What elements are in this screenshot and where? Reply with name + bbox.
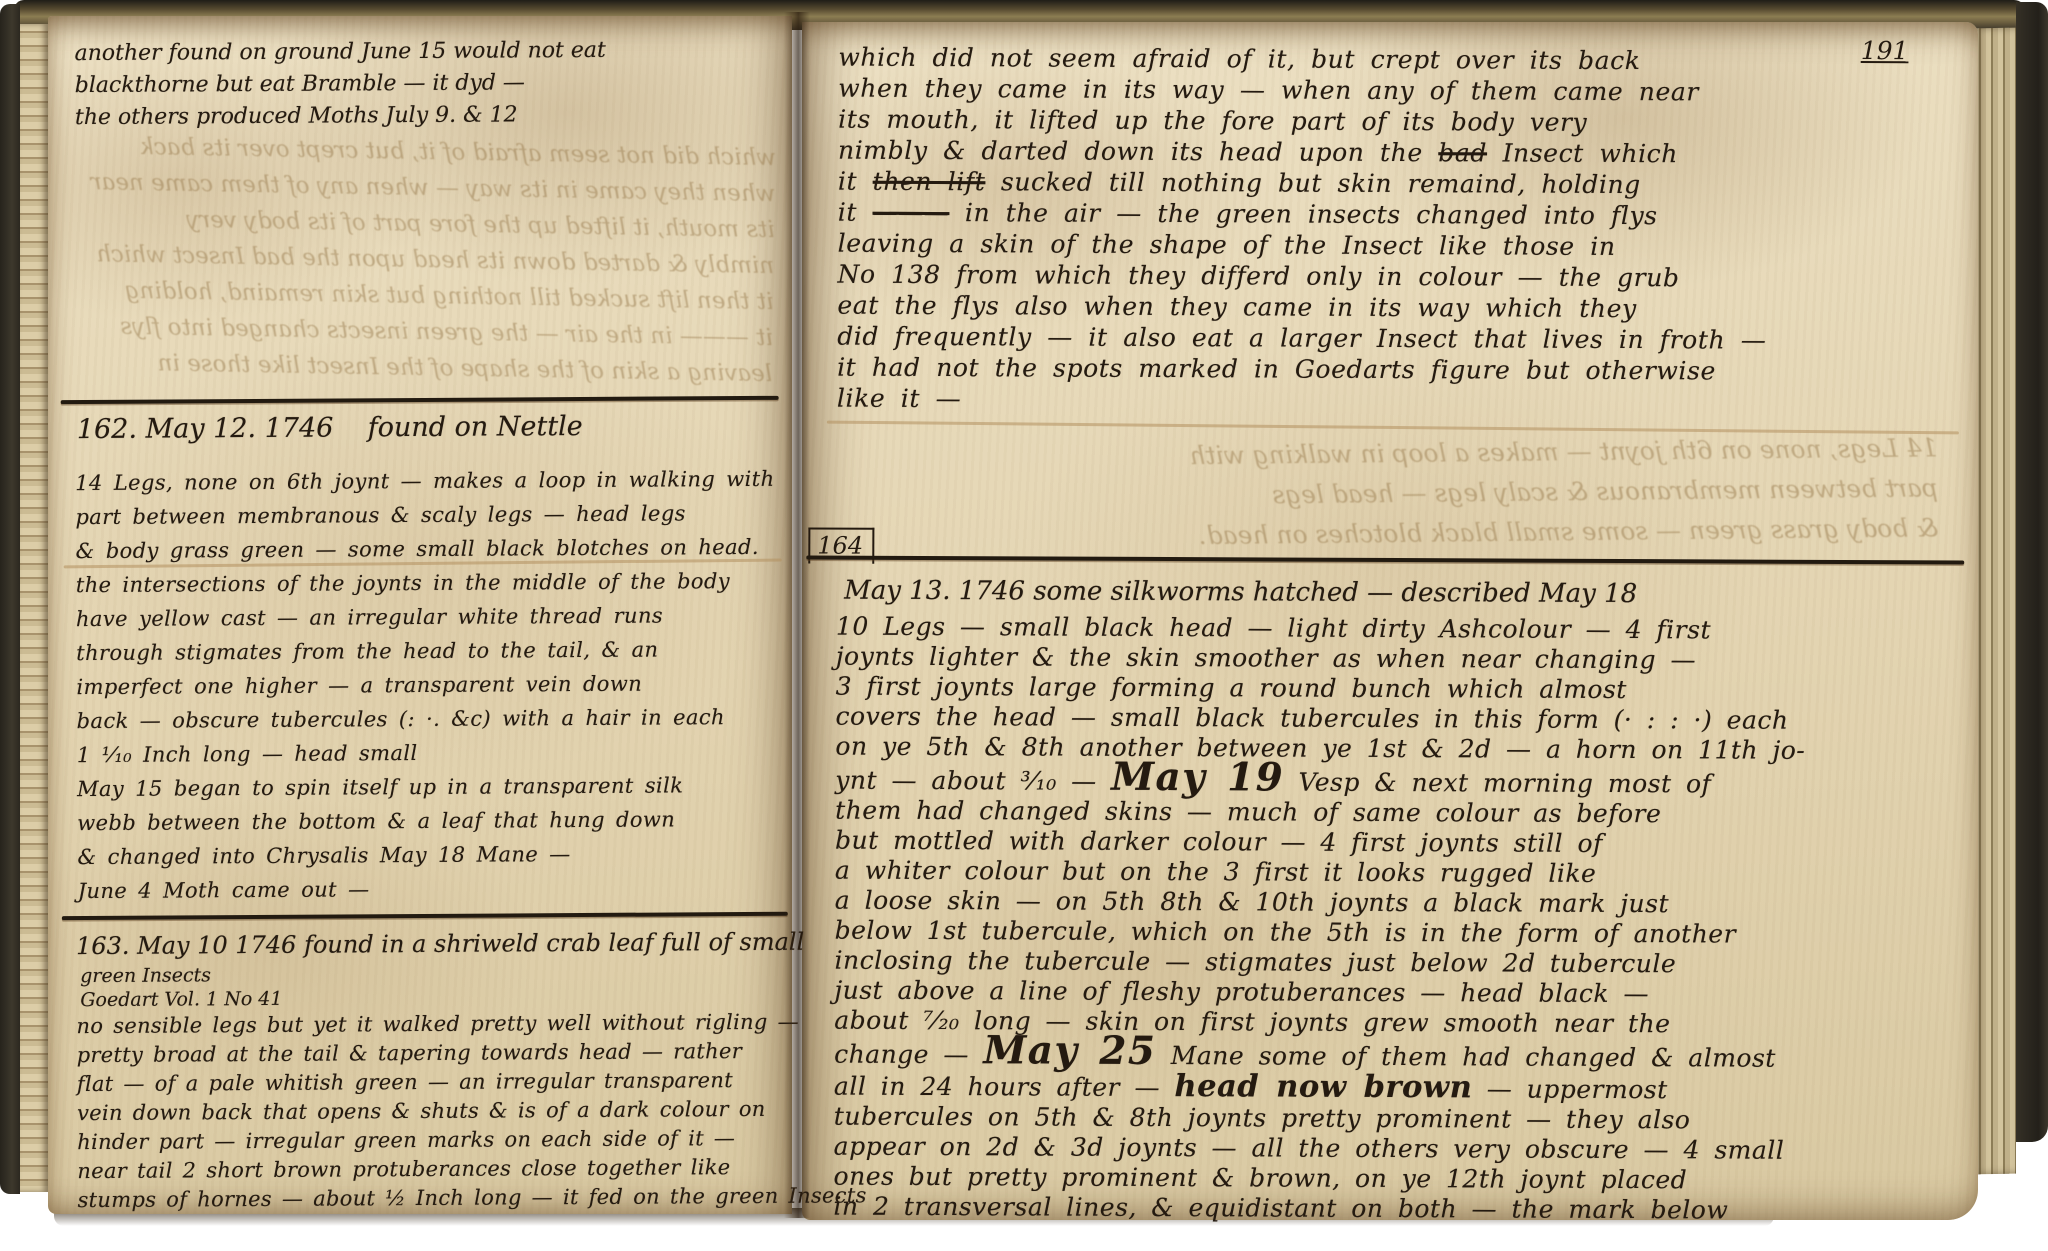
left-page: which did not seem afraid of it, but cre… — [48, 16, 792, 1214]
manuscript-line: ynt — about ³⁄₁₀ — May 19 Vesp & next mo… — [835, 762, 1805, 800]
manuscript-line: the intersections of the joynts in the m… — [76, 564, 776, 602]
manuscript-line: all in 24 hours after — head now brown —… — [834, 1070, 1804, 1106]
entry-divider-rule — [61, 396, 779, 404]
manuscript-text: in the air — the green insects changed i… — [949, 198, 1657, 230]
manuscript-line: leaving a skin of the shape of the Insec… — [838, 228, 1767, 263]
manuscript-line: the others produced Moths July 9. & 12 — [75, 99, 606, 134]
manuscript-line: just above a line of fleshy protuberance… — [834, 976, 1804, 1010]
book-cover-left — [0, 4, 20, 1194]
manuscript-line: in 2 transversal lines, & equidistant on… — [833, 1192, 1803, 1226]
manuscript-line: did frequently — it also eat a larger In… — [837, 321, 1766, 356]
manuscript-line: through stigmates from the head to the t… — [76, 632, 776, 670]
entry-162-heading: 162. May 12. 1746 found on Nettle — [77, 411, 583, 445]
manuscript-line: No 138 from which they differd only in c… — [837, 259, 1766, 294]
manuscript-text: May 19 — [1111, 755, 1284, 801]
manuscript-text: ynt — about ³⁄₁₀ — — [835, 766, 1111, 796]
manuscript-line: June 4 Moth came out — — [78, 870, 778, 908]
manuscript-text: May 25 — [983, 1028, 1156, 1074]
manuscript-line: on ye 5th & 8th another between ye 1st &… — [835, 732, 1805, 766]
entry-164-heading: May 13. 1746 some silkworms hatched — de… — [844, 576, 1637, 609]
manuscript-line: a loose skin — on 5th 8th & 10th joynts … — [835, 886, 1805, 920]
book-cover-right — [2016, 2, 2048, 1142]
entry-divider-rule — [62, 912, 788, 920]
manuscript-line: ones but pretty prominent & brown, on ye… — [834, 1162, 1804, 1196]
manuscript-text: it — [838, 198, 873, 227]
manuscript-text: head now brown — [1174, 1068, 1472, 1105]
entry-163-body: no sensible legs but yet it walked prett… — [76, 1007, 866, 1215]
manuscript-line: them had changed skins — much of same co… — [835, 796, 1805, 830]
entry-163-subheading: green InsectsGoedart Vol. 1 No 41 — [80, 963, 282, 1012]
struck-word: bad — [1438, 138, 1487, 167]
bleedthrough-rule — [827, 421, 1959, 434]
struck-word: ——— — [873, 198, 950, 227]
manuscript-line: Goedart Vol. 1 No 41 — [80, 987, 282, 1012]
manuscript-line: 14 Legs, none on 6th joynt — makes a loo… — [75, 462, 775, 500]
manuscript-line: & changed into Chrysalis May 18 Mane — — [77, 836, 777, 874]
struck-word: then lift — [873, 167, 986, 196]
manuscript-line: 3 first joynts large forming a round bun… — [836, 672, 1806, 706]
manuscript-line: appear on 2d & 3d joynts — all the other… — [834, 1132, 1804, 1166]
manuscript-text: it — [838, 167, 873, 196]
manuscript-line: tubercules on 5th & 8th joynts pretty pr… — [834, 1102, 1804, 1136]
manuscript-line: when they came in its way — when any of … — [838, 73, 1767, 108]
previous-entry-fragment: another found on ground June 15 would no… — [74, 35, 606, 134]
manuscript-text: change — — [834, 1040, 983, 1070]
manuscript-line: about ⁷⁄₂₀ long — skin on first joynts g… — [834, 1006, 1804, 1040]
entry-164-body: 10 Legs — small black head — light dirty… — [833, 612, 1805, 1226]
manuscript-text: nimbly & darted down its head upon the — [838, 136, 1438, 168]
manuscript-line: stumps of hornes — about ½ Inch long — i… — [77, 1181, 866, 1215]
continued-entry-body: which did not seem afraid of it, but cre… — [837, 42, 1768, 418]
manuscript-line: inclosing the tubercule — stigmates just… — [834, 946, 1804, 980]
book-gutter-shadow — [784, 12, 810, 1218]
manuscript-line: covers the head — small black tubercules… — [836, 702, 1806, 736]
manuscript-line: joynts lighter & the skin smoother as wh… — [836, 642, 1806, 676]
photo-background: which did not seem afraid of it, but cre… — [0, 0, 2048, 1251]
manuscript-line: which did not seem afraid of it, but cre… — [838, 42, 1767, 77]
manuscript-text: sucked till nothing but skin remaind, ho… — [985, 167, 1641, 199]
right-page: 14 Legs, none on 6th joynt — makes a loo… — [802, 22, 1978, 1220]
manuscript-line: but mottled with darker colour — 4 first… — [835, 826, 1805, 860]
page-number: 191 — [1861, 36, 1909, 65]
manuscript-line: imperfect one higher — a transparent vei… — [76, 666, 776, 704]
manuscript-line: vein down back that opens & shuts & is o… — [77, 1094, 866, 1128]
manuscript-line: eat the flys also when they came in its … — [837, 290, 1766, 325]
manuscript-line: green Insects — [80, 963, 282, 988]
entry-163-heading: 163. May 10 1746 found in a shriweld cra… — [76, 928, 804, 960]
manuscript-text: — uppermost — [1472, 1074, 1668, 1104]
manuscript-line: part between membranous & scaly legs — h… — [75, 496, 775, 534]
manuscript-text: Vesp & next morning most of — [1284, 768, 1711, 799]
entry-divider-rule — [806, 555, 1964, 564]
manuscript-line: another found on ground June 15 would no… — [74, 35, 605, 70]
manuscript-line: 1 ¹⁄₁₀ Inch long — head small — [77, 734, 777, 772]
manuscript-line: blackthorne but eat Bramble — it dyd — — [75, 67, 606, 102]
manuscript-line: no sensible legs but yet it walked prett… — [76, 1007, 865, 1041]
manuscript-line: a whiter colour but on the 3 first it lo… — [835, 856, 1805, 890]
manuscript-line: it ——— in the air — the green insects ch… — [838, 197, 1767, 232]
manuscript-text: Insect which — [1487, 138, 1678, 168]
manuscript-line: nimbly & darted down its head upon the b… — [838, 135, 1767, 170]
page-stack-right — [1974, 28, 2016, 1175]
manuscript-line: have yellow cast — an irregular white th… — [76, 598, 776, 636]
manuscript-line: it had not the spots marked in Goedarts … — [837, 352, 1766, 387]
manuscript-line: like it — — [837, 383, 1766, 418]
page-stack-left — [20, 24, 48, 1192]
manuscript-line: 10 Legs — small black head — light dirty… — [836, 612, 1806, 646]
manuscript-line: webb between the bottom & a leaf that hu… — [77, 802, 777, 840]
manuscript-line: May 15 began to spin itself up in a tran… — [77, 768, 777, 806]
manuscript-line: below 1st tubercule, which on the 5th is… — [835, 916, 1805, 950]
manuscript-line: its mouth, it lifted up the fore part of… — [838, 104, 1767, 139]
entry-162-body: 14 Legs, none on 6th joynt — makes a loo… — [75, 462, 777, 908]
manuscript-line: back — obscure tubercules (: ·. &c) with… — [77, 700, 777, 738]
manuscript-line: it then lift sucked till nothing but ski… — [838, 166, 1767, 201]
manuscript-text: all in 24 hours after — — [834, 1072, 1175, 1102]
